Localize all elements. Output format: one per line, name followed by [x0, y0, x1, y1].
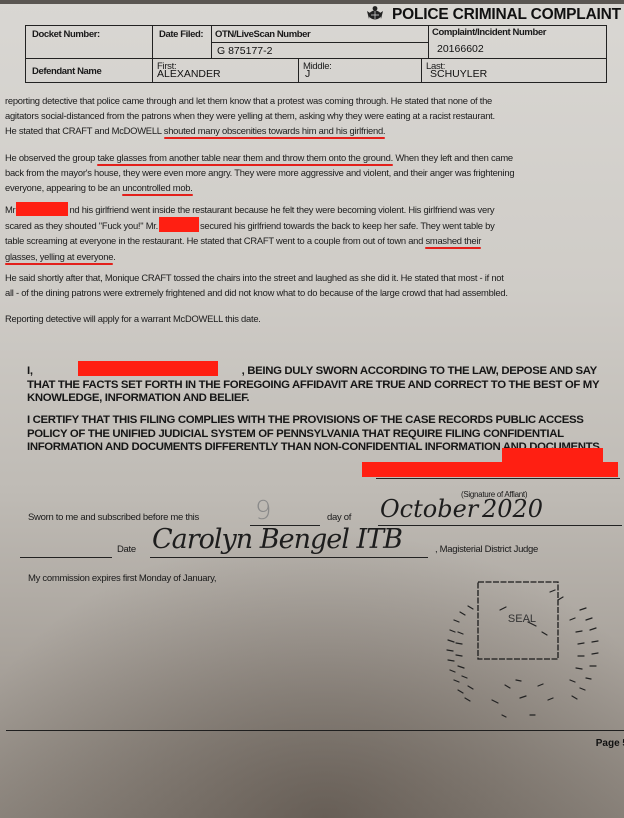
- day-handwritten: 9: [255, 496, 272, 526]
- affiant-signature-line: [376, 478, 620, 479]
- docket-number-label: Docket Number:: [32, 29, 100, 40]
- text-line: glasses, yelling at everyone.: [5, 249, 617, 264]
- middle-name-cell: Middle: J: [299, 59, 422, 82]
- crest-icon: [366, 5, 384, 21]
- redaction-bar: [362, 462, 618, 477]
- scan-top-edge: [0, 0, 624, 4]
- text-line: back from the mayor's house, they were e…: [5, 165, 617, 180]
- red-underline-highlight: uncontrolled mob.: [122, 182, 192, 193]
- date-filed-cell: Date Filed:: [153, 26, 212, 59]
- text-line: reporting detective that police came thr…: [5, 93, 617, 108]
- commission-text: My commission expires first Monday of Ja…: [28, 573, 216, 584]
- otn-label: OTN/LiveScan Number: [215, 29, 310, 40]
- page-number: Page 5: [596, 738, 624, 749]
- first-name-value: ALEXANDER: [157, 68, 221, 80]
- case-header-table: Docket Number: Date Filed: OTN/LiveScan …: [25, 25, 607, 83]
- otn-cell: OTN/LiveScan Number G 875177-2: [212, 26, 429, 59]
- red-underline-highlight: take glasses from another table near the…: [97, 152, 392, 163]
- last-name-cell: Last: SCHUYLER: [422, 59, 606, 82]
- defendant-name-cell: Defendant Name: [26, 59, 153, 82]
- first-name-cell: First: ALEXANDER: [153, 59, 299, 82]
- text-line: THAT THE FACTS SET FORTH IN THE FOREGOIN…: [27, 379, 622, 393]
- date-label: Date: [117, 544, 136, 555]
- red-underline-highlight: shouted many obscenities towards him and…: [164, 125, 386, 136]
- narrative-paragraph-5: Reporting detective will apply for a war…: [5, 311, 617, 326]
- affidavit-statement: I,, BEING DULY SWORN ACCORDING TO THE LA…: [27, 361, 622, 406]
- redaction-bar: [16, 202, 68, 216]
- defendant-name-label: Defendant Name: [32, 66, 101, 77]
- judge-signature: Carolyn Bengel ITB: [152, 524, 402, 555]
- text-line: He observed the group take glasses from …: [5, 150, 617, 165]
- last-name-value: SCHUYLER: [430, 68, 487, 80]
- text-line: everyone, appearing to be an uncontrolle…: [5, 180, 617, 195]
- text-line: KNOWLEDGE, INFORMATION AND BELIEF.: [27, 392, 622, 406]
- narrative-paragraph-4: He said shortly after that, Monique CRAF…: [5, 270, 617, 300]
- judge-signature-line: [150, 557, 428, 558]
- red-underline-highlight: glasses, yelling at everyone: [5, 251, 113, 262]
- text-line: He stated that CRAFT and McDOWELL shoute…: [5, 123, 617, 138]
- complaint-number-label: Complaint/Incident Number: [432, 27, 546, 38]
- seal-stamp-icon: SEAL: [430, 570, 610, 730]
- redaction-bar: [78, 361, 218, 376]
- sworn-text: Sworn to me and subscribed before me thi…: [28, 512, 199, 523]
- narrative-paragraph-1: reporting detective that police came thr…: [5, 93, 617, 139]
- text-line: I CERTIFY THAT THIS FILING COMPLIES WITH…: [27, 414, 622, 428]
- text-line: agitators social-distanced from the patr…: [5, 108, 617, 123]
- narrative-paragraph-2: He observed the group take glasses from …: [5, 150, 617, 196]
- date-blank-line: [20, 557, 112, 558]
- document-title: POLICE CRIMINAL COMPLAINT: [392, 6, 621, 24]
- day-of-label: day of: [327, 512, 351, 523]
- text-line: Mrnd his girlfriend went inside the rest…: [5, 202, 617, 217]
- month-handwritten: October: [380, 495, 478, 523]
- docket-number-cell: Docket Number:: [26, 26, 153, 59]
- complaint-number-cell: Complaint/Incident Number 20166602: [429, 26, 606, 59]
- complaint-number-value: 20166602: [437, 43, 484, 55]
- year-handwritten: 2020: [482, 495, 543, 523]
- date-line: [378, 525, 622, 526]
- judge-title: , Magisterial District Judge: [435, 544, 538, 555]
- middle-name-value: J: [305, 68, 310, 80]
- text-line: scared as they shouted "Fuck you!" Mr.se…: [5, 217, 617, 233]
- otn-value: G 875177-2: [217, 45, 272, 57]
- svg-text:SEAL: SEAL: [508, 613, 536, 625]
- text-line: all - of the dining patrons were extreme…: [5, 285, 617, 300]
- narrative-paragraph-3: Mrnd his girlfriend went inside the rest…: [5, 202, 617, 264]
- red-underline-highlight: smashed their: [425, 235, 481, 246]
- text-line: table screaming at everyone in the resta…: [5, 233, 617, 248]
- footer-rule: [6, 730, 624, 731]
- date-filed-label: Date Filed:: [159, 29, 203, 40]
- text-line: POLICY OF THE UNIFIED JUDICIAL SYSTEM OF…: [27, 428, 622, 442]
- text-line: I,, BEING DULY SWORN ACCORDING TO THE LA…: [27, 361, 622, 379]
- text-line: He said shortly after that, Monique CRAF…: [5, 270, 617, 285]
- redaction-bar: [159, 217, 199, 232]
